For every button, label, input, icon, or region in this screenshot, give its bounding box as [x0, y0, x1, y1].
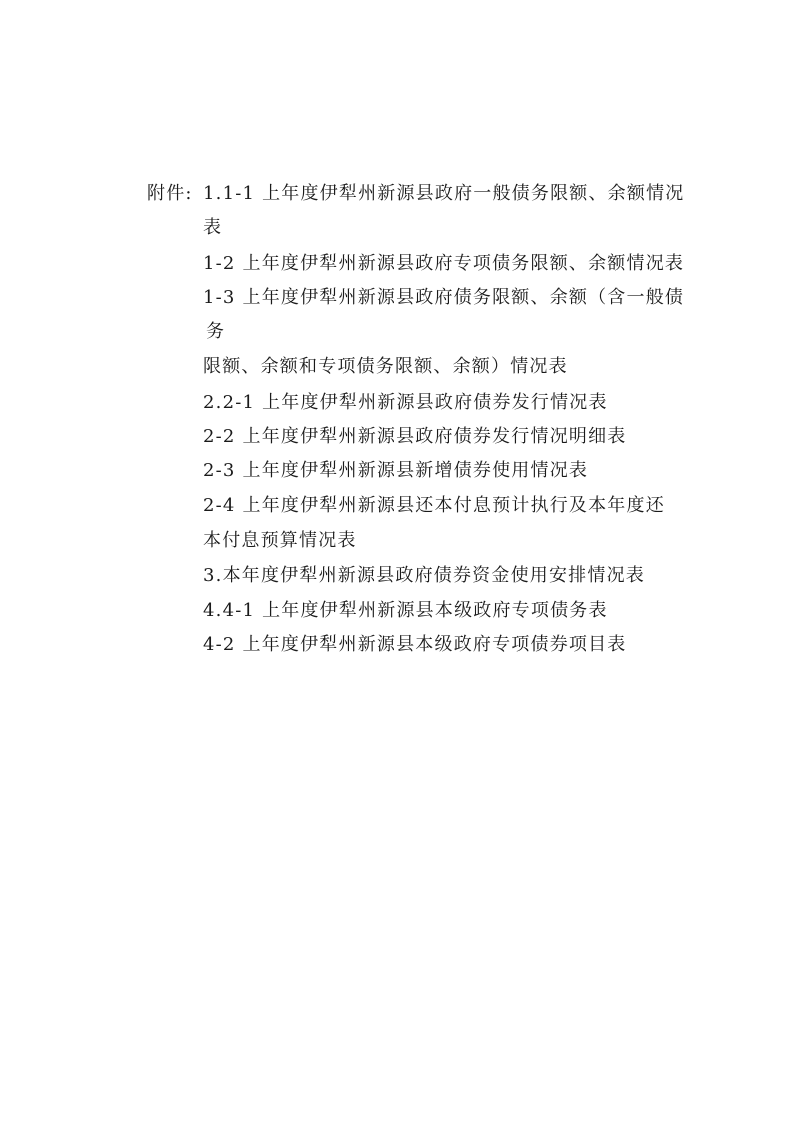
attachment-item-2-3: 2-3 上年度伊犁州新源县新增债券使用情况表	[203, 459, 588, 483]
attachment-item-1-3-wrap-2: 限额、余额和专项债务限额、余额）情况表	[203, 355, 568, 379]
attachment-item-2-2: 2-2 上年度伊犁州新源县政府债券发行情况明细表	[203, 425, 627, 449]
attachment-item-2-4: 2-4 上年度伊犁州新源县还本付息预计执行及本年度还	[203, 494, 665, 518]
attachment-item-4-4-1: 4.4-1 上年度伊犁州新源县本级政府专项债务表	[203, 599, 608, 623]
attachment-item-1-1-1: 1.1-1 上年度伊犁州新源县政府一般债务限额、余额情况	[203, 182, 684, 206]
attachment-item-1-1-1-wrap: 表	[203, 216, 222, 240]
document-page: 附件: 1.1-1 上年度伊犁州新源县政府一般债务限额、余额情况 表 1-2 上…	[0, 0, 793, 1122]
attachment-label: 附件:	[147, 182, 193, 206]
attachment-item-2-2-1: 2.2-1 上年度伊犁州新源县政府债券发行情况表	[203, 391, 608, 415]
attachment-item-1-2: 1-2 上年度伊犁州新源县政府专项债务限额、余额情况表	[203, 252, 684, 276]
attachment-item-3: 3.本年度伊犁州新源县政府债券资金使用安排情况表	[203, 564, 645, 588]
attachment-item-4-2: 4-2 上年度伊犁州新源县本级政府专项债券项目表	[203, 633, 627, 657]
attachment-item-2-4-wrap: 本付息预算情况表	[203, 529, 357, 553]
attachment-item-1-3-wrap-1: 务	[206, 320, 225, 344]
attachment-item-1-3: 1-3 上年度伊犁州新源县政府债务限额、余额（含一般债	[203, 286, 684, 310]
